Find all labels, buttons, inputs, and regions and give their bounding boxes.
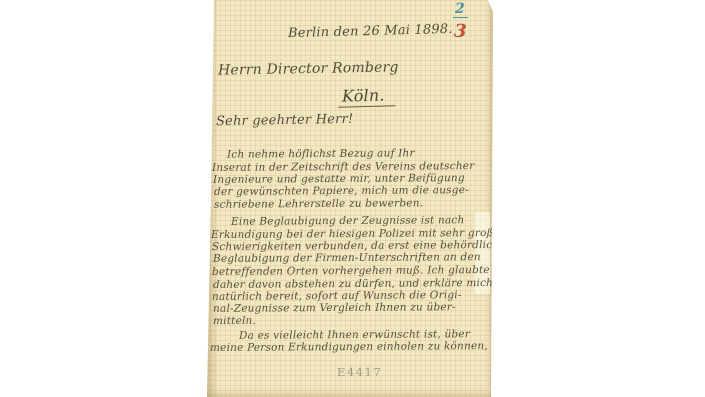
letter-line: mitteln.: [213, 315, 256, 327]
salutation: Sehr geehrter Herr!: [216, 112, 354, 129]
letter-line: nal-Zeugnisse zum Vergleich Ihnen zu übe…: [213, 301, 456, 315]
letter-line: betreffenden Orten vorhergehen muß. Ich …: [212, 264, 490, 278]
letter-line: meine Person Erkundigungen einholen zu k…: [210, 340, 488, 354]
recipient-line: Herrn Director Romberg: [218, 59, 399, 78]
letter-line: der gewünschten Papiere, mich um die aus…: [214, 184, 469, 198]
letter-line: schriebene Lehrerstelle zu bewerben.: [214, 197, 423, 210]
letter-line: Eine Beglaubigung der Zeugnisse ist nach: [231, 214, 465, 228]
letter-page: 2 3 Berlin den 26 Mai 1898. Herrn Direct…: [205, 0, 493, 397]
scan-background: 2 3 Berlin den 26 Mai 1898. Herrn Direct…: [0, 0, 705, 397]
page-number-red: 3: [453, 21, 467, 43]
recipient-city: Köln.: [338, 85, 395, 107]
page-number-blue: 2: [453, 1, 468, 18]
page-right-edge: [486, 0, 493, 397]
letter-line: Beglaubigung der Firmen-Unterschriften a…: [213, 251, 481, 265]
dateline: Berlin den 26 Mai 1898.: [288, 22, 453, 41]
archive-stamp: E4417: [337, 365, 382, 379]
letter-line: Ich nehme höflichst Bezug auf Ihr: [227, 147, 415, 160]
